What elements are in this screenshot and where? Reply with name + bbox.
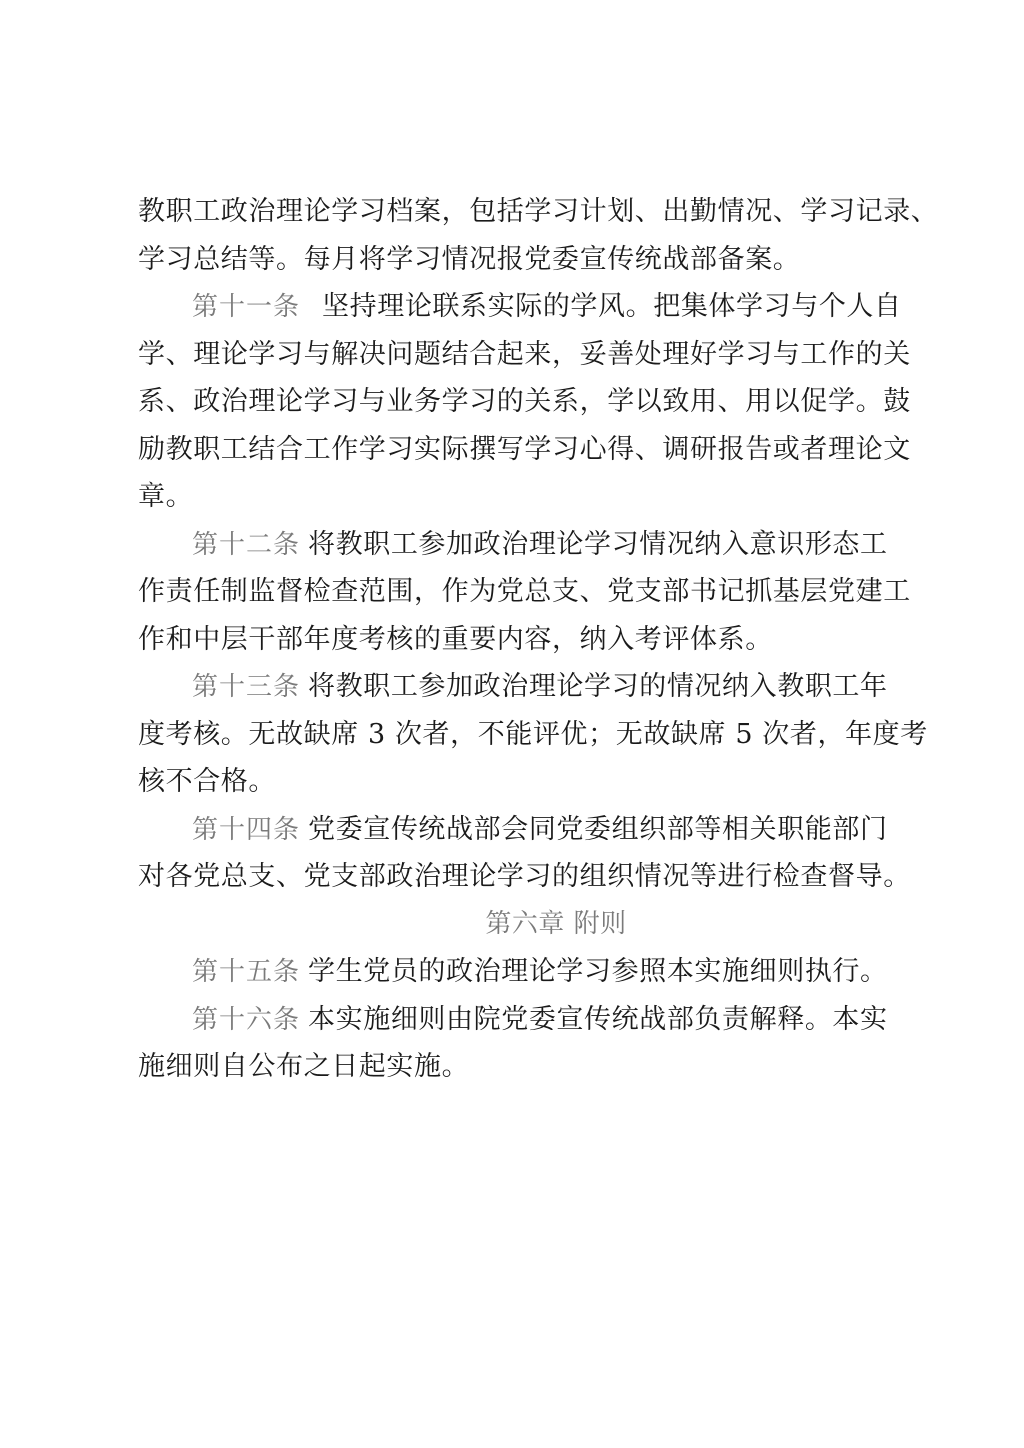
body-line: 系、政治理论学习与业务学习的关系，学以致用、用以促学。鼓 (138, 378, 894, 426)
body-line: 施细则自公布之日起实施。 (138, 1043, 894, 1091)
body-line: 作和中层干部年度考核的重要内容，纳入考评体系。 (138, 616, 894, 664)
article-11: 第十一条坚持理论联系实际的学风。把集体学习与个人自 (138, 283, 894, 331)
article-text: 将教职工参加政治理论学习的情况纳入教职工年 (308, 671, 888, 702)
body-line: 核不合格。 (138, 758, 894, 806)
article-label: 第十六条 (192, 1005, 300, 1035)
article-text: 坚持理论联系实际的学风。把集体学习与个人自 (322, 291, 902, 322)
article-text: 党委宣传统战部会同党委组织部等相关职能部门 (308, 814, 888, 845)
body-line: 章。 (138, 473, 894, 521)
document-page: 教职工政治理论学习档案，包括学习计划、出勤情况、学习记录、 学习总结等。每月将学… (138, 188, 894, 1091)
article-text: 学生党员的政治理论学习参照本实施细则执行。 (308, 956, 888, 987)
body-line: 教职工政治理论学习档案，包括学习计划、出勤情况、学习记录、 (138, 188, 894, 236)
body-line: 学习总结等。每月将学习情况报党委宣传统战部备案。 (138, 236, 894, 284)
chapter-heading: 第六章 附则 (138, 901, 894, 949)
body-line: 对各党总支、党支部政治理论学习的组织情况等进行检查督导。 (138, 853, 894, 901)
body-line: 学、理论学习与解决问题结合起来，妥善处理好学习与工作的关 (138, 331, 894, 379)
article-label: 第十二条 (192, 530, 300, 560)
article-label: 第十一条 (192, 292, 300, 322)
body-line: 励教职工结合工作学习实际撰写学习心得、调研报告或者理论文 (138, 426, 894, 474)
article-label: 第十五条 (192, 957, 300, 987)
article-14: 第十四条党委宣传统战部会同党委组织部等相关职能部门 (138, 806, 894, 854)
article-12: 第十二条将教职工参加政治理论学习情况纳入意识形态工 (138, 521, 894, 569)
article-13: 第十三条将教职工参加政治理论学习的情况纳入教职工年 (138, 663, 894, 711)
article-15: 第十五条学生党员的政治理论学习参照本实施细则执行。 (138, 948, 894, 996)
article-label: 第十三条 (192, 672, 300, 702)
article-label: 第十四条 (192, 815, 300, 845)
article-16: 第十六条本实施细则由院党委宣传统战部负责解释。本实 (138, 996, 894, 1044)
article-text: 将教职工参加政治理论学习情况纳入意识形态工 (308, 529, 888, 560)
body-line: 度考核。无故缺席 3 次者，不能评优；无故缺席 5 次者，年度考 (138, 711, 894, 759)
article-text: 本实施细则由院党委宣传统战部负责解释。本实 (308, 1004, 888, 1035)
body-line: 作责任制监督检查范围，作为党总支、党支部书记抓基层党建工 (138, 568, 894, 616)
